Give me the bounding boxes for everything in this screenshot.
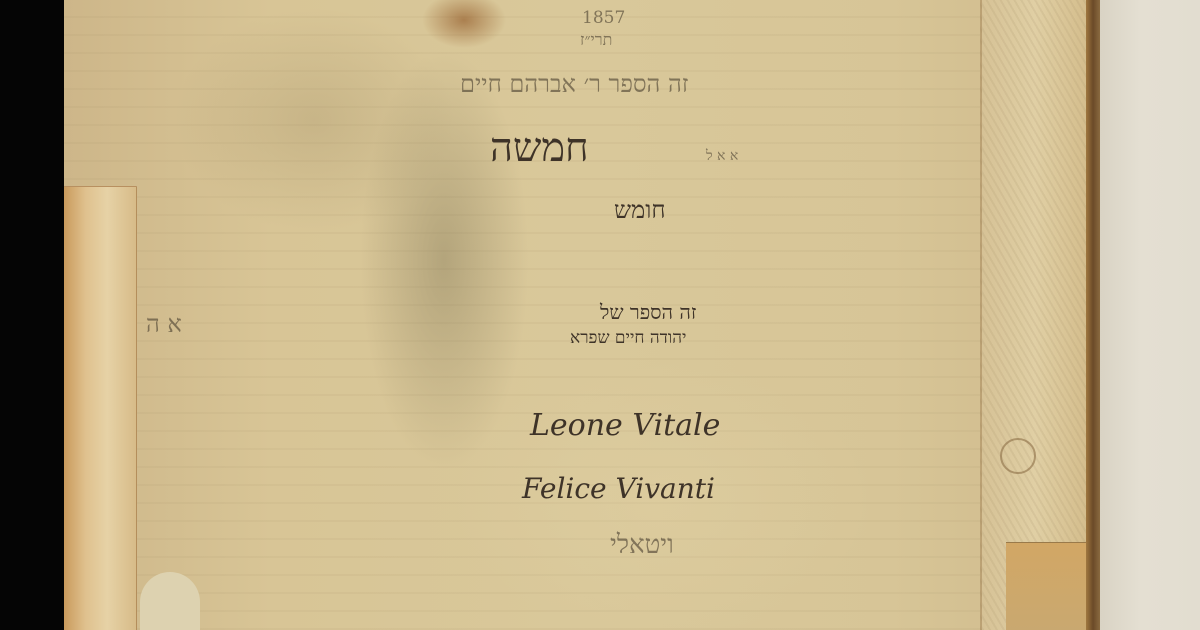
- left-bottom-patch: [140, 572, 200, 630]
- shelfmark-hebrew: תרי״ז: [580, 30, 612, 50]
- signature-leone-vitale: Leone Vitale: [530, 408, 720, 443]
- right-bottom-patch: [1006, 542, 1086, 630]
- signature-felice-vivanti: Felice Vivanti: [522, 472, 715, 505]
- manuscript-photo: 1857 תרי״ז זה הספר ר׳ אברהם חיים חמשה חו…: [0, 0, 1200, 630]
- shelfmark-number: 1857: [582, 8, 625, 28]
- dark-background: [0, 0, 66, 630]
- word-chamishah: חמשה: [490, 124, 589, 171]
- stain-circle: [1000, 438, 1036, 474]
- bottom-hebrew: ויטאלי: [610, 530, 674, 560]
- owner-line-1: זה הספר של: [600, 300, 697, 325]
- right-binding-strip: [980, 0, 1088, 630]
- page-edge: [1086, 0, 1100, 630]
- left-repair-strip: [64, 186, 137, 630]
- owner-line-2: יהודה חיים שפרא: [570, 328, 686, 348]
- side-note: א א ל: [706, 148, 738, 165]
- margin-letters: א ה: [146, 310, 182, 339]
- title-line: זה הספר ר׳ אברהם חיים: [460, 70, 688, 99]
- word-chumash: חומש: [614, 196, 666, 225]
- next-leaf: [1100, 0, 1200, 630]
